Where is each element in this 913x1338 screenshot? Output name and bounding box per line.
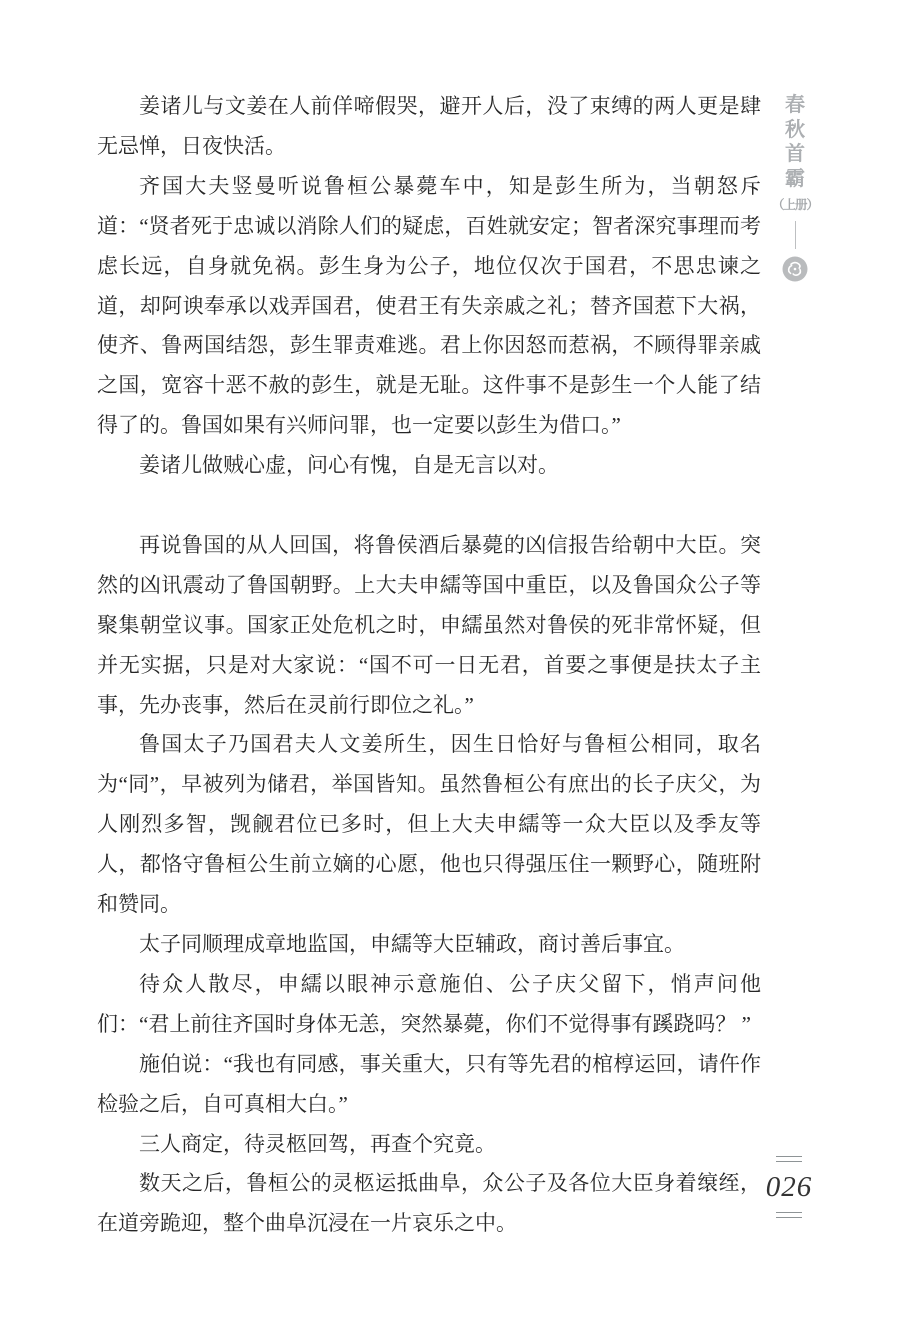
book-title-char: 秋	[785, 118, 805, 143]
folio-rule-bottom	[776, 1212, 802, 1218]
body-paragraph: 待众人散尽，申繻以眼神示意施伯、公子庆父留下，悄声问他们：“君上前往齐国时身体无…	[97, 965, 761, 1045]
book-title-char: 首	[785, 142, 805, 167]
body-paragraph: 姜诸儿与文姜在人前佯啼假哭，避开人后，没了束缚的两人更是肆无忌惮，日夜快活。	[97, 87, 761, 167]
body-text: 姜诸儿与文姜在人前佯啼假哭，避开人后，没了束缚的两人更是肆无忌惮，日夜快活。 齐…	[97, 87, 761, 1244]
page-number: 026	[766, 1173, 813, 1202]
body-paragraph: 数天之后，鲁桓公的灵柩运抵曲阜，众公子及各位大臣身着缞绖，在道旁跪迎，整个曲阜沉…	[97, 1164, 761, 1244]
book-page: 姜诸儿与文姜在人前佯啼假哭，避开人后，没了束缚的两人更是肆无忌惮，日夜快活。 齐…	[0, 0, 913, 1338]
text-section: 姜诸儿与文姜在人前佯啼假哭，避开人后，没了束缚的两人更是肆无忌惮，日夜快活。 齐…	[97, 87, 761, 486]
body-paragraph: 姜诸儿做贼心虚，问心有愧，自是无言以对。	[97, 446, 761, 486]
running-title-sidebar: 春 秋 首 霸 （上册）	[770, 93, 820, 282]
book-title-vertical: 春 秋 首 霸	[785, 93, 805, 191]
folio-rule-top	[776, 1156, 802, 1162]
seal-ornament-icon	[782, 256, 808, 282]
body-paragraph: 齐国大夫竖曼听说鲁桓公暴薨车中，知是彭生所为，当朝怒斥道：“贤者死于忠诚以消除人…	[97, 167, 761, 446]
body-paragraph: 施伯说：“我也有同感，事关重大，只有等先君的棺椁运回，请仵作检验之后，自可真相大…	[97, 1045, 761, 1125]
body-paragraph: 三人商定，待灵柩回驾，再查个究竟。	[97, 1125, 761, 1165]
book-title-char: 霸	[785, 167, 805, 192]
vertical-divider	[795, 221, 796, 249]
body-paragraph: 鲁国太子乃国君夫人文姜所生，因生日恰好与鲁桓公相同，取名为“同”，早被列为储君，…	[97, 725, 761, 925]
volume-label: （上册）	[772, 195, 818, 213]
folio: 026	[769, 1156, 809, 1218]
book-title-char: 春	[785, 93, 805, 118]
body-paragraph: 太子同顺理成章地监国，申繻等大臣辅政，商讨善后事宜。	[97, 925, 761, 965]
text-section: 再说鲁国的从人回国，将鲁侯酒后暴薨的凶信报告给朝中大臣。突然的凶讯震动了鲁国朝野…	[97, 526, 761, 1244]
body-paragraph: 再说鲁国的从人回国，将鲁侯酒后暴薨的凶信报告给朝中大臣。突然的凶讯震动了鲁国朝野…	[97, 526, 761, 726]
